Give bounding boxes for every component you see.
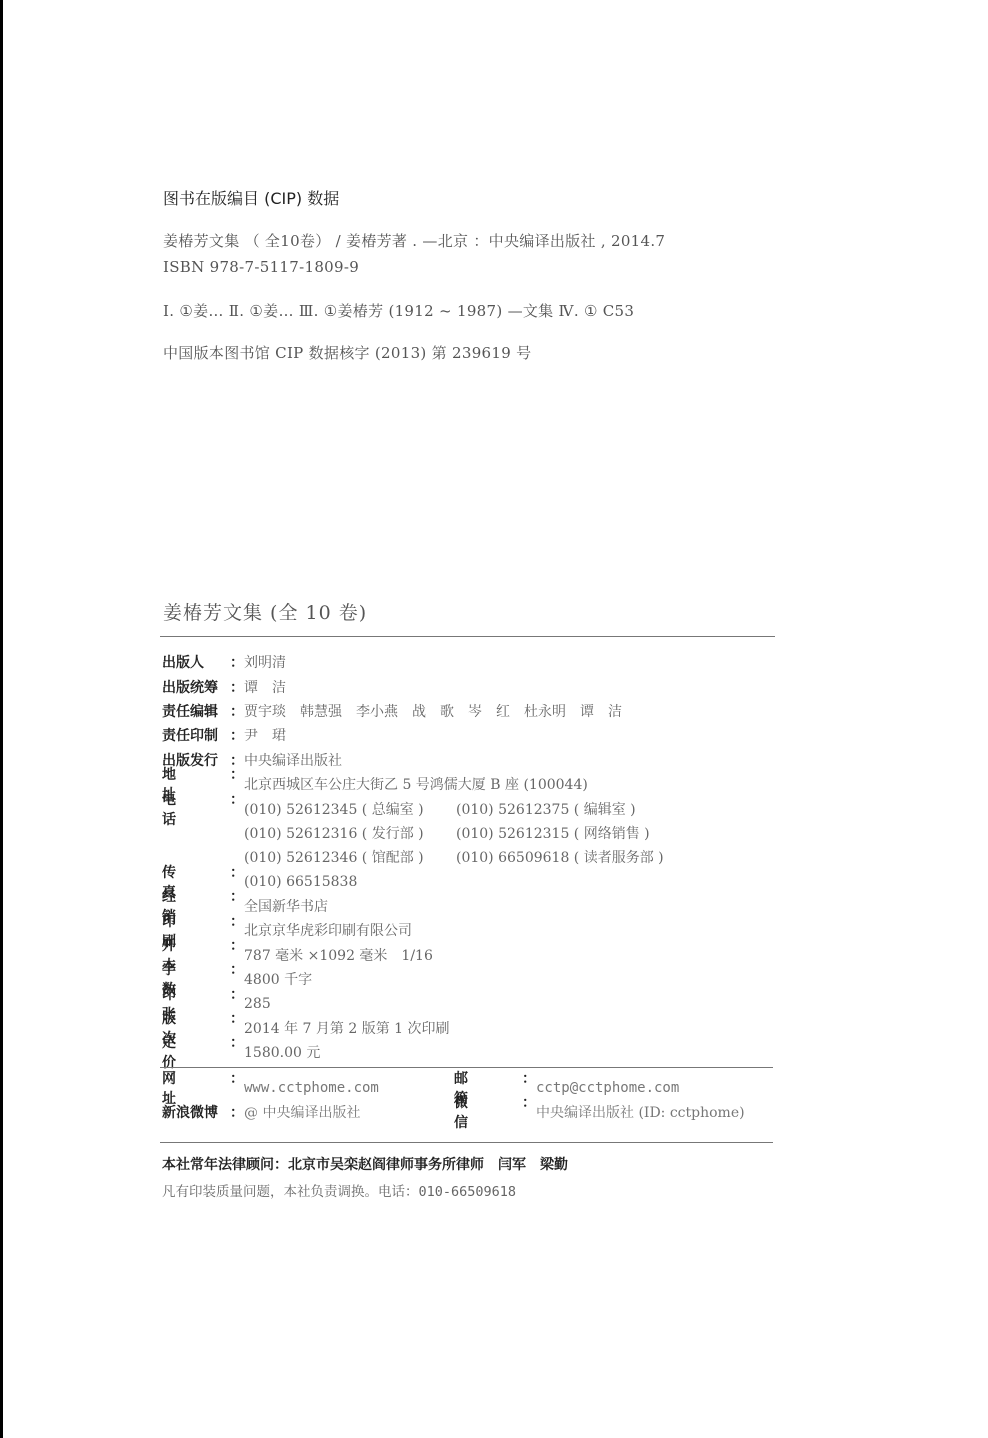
credit-row-publisher: 出版人： 刘明清 [162,650,664,674]
credit-row-print-supervisor: 责任印制： 尹 珺 [162,723,664,747]
book-title: 姜椿芳文集 (全 10 卷) [163,598,367,625]
credit-value: 北京西城区车公庄大街乙 5 号鸿儒大厦 B 座 (100044) [244,774,588,794]
detail-value: (010) 66515838 [244,874,357,890]
phone-entry: (010) 52612346 ( 馆配部 ) [244,847,456,867]
cip-isbn-line: ISBN 978-7-5117-1809-9 [163,258,359,276]
detail-value: 北京京华虎彩印刷有限公司 [244,920,412,940]
credit-row-editors: 责任编辑： 贾宇琰 韩慧强 李小燕 战 歌 岑 红 杜永明 谭 洁 [162,699,664,723]
phone-entry: (010) 66509618 ( 读者服务部 ) [456,847,664,867]
cip-heading: 图书在版编目 (CIP) 数据 [163,186,339,209]
cip-title-line: 姜椿芳文集 （ 全10卷） / 姜椿芳著 . —北京 ：中央编译出版社 , 20… [163,230,665,251]
title-divider [160,636,775,637]
page-edge-border [0,0,3,1438]
cip-classification-line: Ⅰ. ①姜… Ⅱ. ①姜… Ⅲ. ①姜椿芳 (1912 ~ 1987) —文集 … [163,300,634,321]
credit-row-coordinator: 出版统筹： 谭 洁 [162,674,664,698]
detail-value: 全国新华书店 [244,896,328,916]
detail-value: 1580.00 元 [244,1042,320,1062]
credit-value: 尹 珺 [244,725,286,745]
contact-block: 网址： www.cctphome.com 邮箱： cctp@cctphome.c… [162,1076,784,1124]
cip-record-number: 中国版本图书馆 CIP 数据核字 (2013) 第 239619 号 [163,342,531,363]
phone-entry: (010) 52612375 ( 编辑室 ) [456,799,636,819]
credit-label: 出版统筹 [162,677,218,697]
credit-label: 责任编辑 [162,701,218,721]
wechat-label: 微信 [454,1092,520,1132]
detail-value: 285 [244,996,271,1012]
credit-label: 责任印制 [162,725,218,745]
imprint-info: 出版人： 刘明清 出版统筹： 谭 洁 责任编辑： 贾宇琰 韩慧强 李小燕 战 歌… [162,650,664,1065]
weibo-handle: @ 中央编译出版社 [244,1102,360,1122]
legal-counsel: 本社常年法律顾问：北京市吴栾赵阎律师事务所律师 闫军 梁勤 [162,1154,568,1174]
wechat-handle: 中央编译出版社 (ID: cctphome) [536,1102,745,1122]
credit-value: 贾宇琰 韩慧强 李小燕 战 歌 岑 红 杜永明 谭 洁 [244,701,622,721]
credit-value: 中央编译出版社 [244,750,342,770]
detail-value: 787 毫米 ×1092 毫米 1/16 [244,945,433,965]
quality-notice: 凡有印装质量问题，本社负责调换。电话：010-66509618 [162,1180,516,1200]
phone-entry: (010) 52612345 ( 总编室 ) [244,799,456,819]
detail-row-price: 定价： 1580.00 元 [162,1040,664,1064]
phone-row-1: 电话： (010) 52612345 ( 总编室 ) (010) 5261237… [162,796,664,820]
credit-value: 刘明清 [244,652,286,672]
detail-value: 2014 年 7 月第 2 版第 1 次印刷 [244,1018,450,1038]
detail-value: 4800 千字 [244,969,312,989]
website-link[interactable]: www.cctphome.com [244,1080,379,1096]
phone-entry: (010) 52612315 ( 网络销售 ) [456,823,650,843]
phone-label: 电话 [162,789,228,829]
weibo-label: 新浪微博 [162,1102,218,1122]
contact-bottom-divider [160,1142,773,1143]
phone-entry: (010) 52612316 ( 发行部 ) [244,823,456,843]
credit-value: 谭 洁 [244,677,286,697]
credit-label: 出版人 [162,652,204,672]
